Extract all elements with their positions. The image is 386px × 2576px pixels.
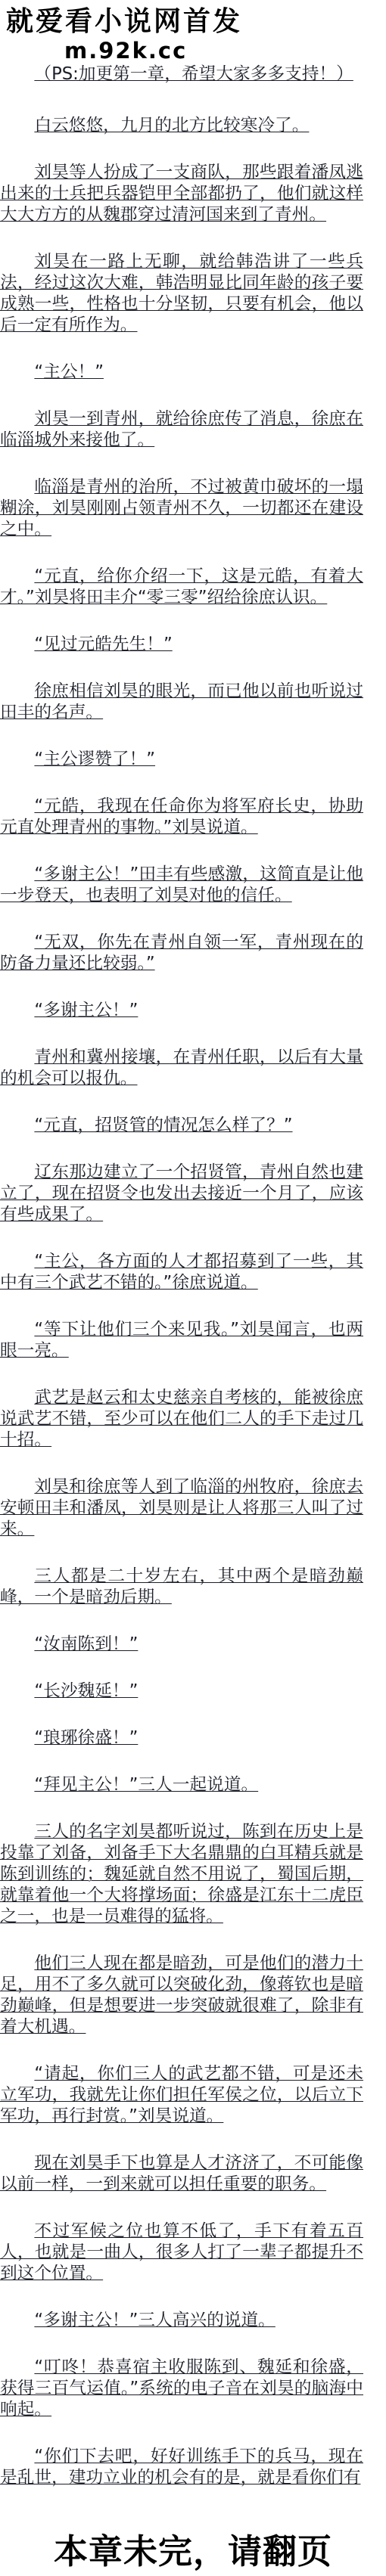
page-header: 就爱看小说网首发 m.92k.cc （PS:加更第一章，希望大家多多支持！） [0, 0, 386, 85]
novel-paragraph: 现在刘昊手下也算是人才济济了，不可能像以前一样，一到来就可以担任重要的职务。 [0, 2152, 363, 2195]
chapter-body: 白云悠悠，九月的北方比较寒冷了。刘昊等人扮成了一支商队，那些跟着潘凤逃出来的士兵… [0, 115, 386, 2567]
novel-paragraph: 刘昊等人扮成了一支商队，那些跟着潘凤逃出来的士兵把兵器铠甲全部都扔了，他们就这样… [0, 162, 363, 225]
novel-paragraph: 徐庶相信刘昊的眼光，而已他以前也听说过田丰的名声。 [0, 681, 363, 723]
novel-paragraph: “元直，给你介绍一下，这是元皓，有着大才。”刘昊将田丰介“零三零”绍给徐庶认识。 [0, 566, 363, 608]
site-title: 就爱看小说网首发 [6, 5, 386, 38]
novel-paragraph: “主公！” [0, 362, 363, 383]
novel-paragraph: 白云悠悠，九月的北方比较寒冷了。 [0, 115, 363, 136]
novel-paragraph: 三人都是二十岁左右，其中两个是暗劲巅峰，一个是暗劲后期。 [0, 1566, 363, 1608]
page-footer[interactable]: 本章未完，请翻页 [0, 2529, 386, 2576]
novel-paragraph: 辽东那边建立了一个招贤管，青州自然也建立了，现在招贤令也发出去接近一个月了，应该… [0, 1162, 363, 1225]
novel-paragraph: “主公，各方面的人才都招募到了一些，其中有三个武艺不错的。”徐庶说道。 [0, 1251, 363, 1293]
novel-paragraph: 青州和冀州接壤，在青州任职，以后有大量的机会可以报仇。 [0, 1047, 363, 1089]
novel-paragraph: “琅琊徐盛！” [0, 1727, 363, 1749]
novel-paragraph: 武艺是赵云和太史慈亲自考核的，能被徐庶说武艺不错，至少可以在他们二人的手下走过几… [0, 1387, 363, 1451]
novel-paragraph: “等下让他们三个来见我。”刘昊闻言，也两眼一亮。 [0, 1319, 363, 1361]
novel-paragraph: “汝南陈到！” [0, 1634, 363, 1655]
novel-paragraph: 不过军候之位也算不低了，手下有着五百人，也就是一曲人，很多人打了一辈子都提升不到… [0, 2221, 363, 2284]
novel-paragraph: 三人的名字刘昊都听说过，陈到在历史上是投靠了刘备，刘备手下大名鼎鼎的白耳精兵就是… [0, 1821, 363, 1927]
novel-paragraph: “多谢主公！”田丰有些感激，这简直是让他一步登天，也表明了刘昊对他的信任。 [0, 864, 363, 906]
novel-paragraph: 刘昊一到青州，就给徐庶传了消息，徐庶在临淄城外来接他了。 [0, 408, 363, 451]
novel-paragraph: “元直，招贤管的情况怎么样了？” [0, 1115, 363, 1136]
next-page-notice[interactable]: 本章未完，请翻页 [54, 2531, 332, 2571]
novel-paragraph: “你们下去吧，好好训练手下的兵马，现在是乱世，建功立业的机会有的是，就是看你们有 [0, 2446, 363, 2488]
site-domain: m.92k.cc [64, 39, 386, 62]
novel-paragraph: 刘昊在一路上无聊，就给韩浩讲了一些兵法，经过这次大难，韩浩明显比同年龄的孩子要成… [0, 251, 363, 336]
novel-paragraph: 刘昊和徐庶等人到了临淄的州牧府，徐庶去安顿田丰和潘凤，刘昊则是让人将那三人叫了过… [0, 1476, 363, 1540]
novel-paragraph: “请起，你们三人的武艺都不错，可是还未立军功，我就先让你们担任军侯之位，以后立下… [0, 2063, 363, 2127]
novel-paragraph: “长沙魏延！” [0, 1681, 363, 1702]
novel-paragraph: “多谢主公！” [0, 1000, 363, 1021]
novel-paragraph: “拜见主公！”三人一起说道。 [0, 1774, 363, 1795]
novel-paragraph: 临淄是青州的治所，不过被黄巾破坏的一塌糊涂，刘昊刚刚占领青州不久，一切都还在建设… [0, 476, 363, 540]
novel-paragraph: 他们三人现在都是暗劲，可是他们的潜力十足，用不了多久就可以突破化劲，像蒋钦也是暗… [0, 1953, 363, 2038]
novel-paragraph: “叮咚！恭喜宿主收服陈到、魏延和徐盛，获得三百气运值。”系统的电子音在刘昊的脑海… [0, 2357, 363, 2420]
novel-paragraph: “见过元皓先生！” [0, 634, 363, 655]
novel-paragraph: “无双，你先在青州自领一军，青州现在的防备力量还比较弱。” [0, 932, 363, 974]
author-ps-note: （PS:加更第一章，希望大家多多支持！） [0, 64, 363, 85]
novel-paragraph: “多谢主公！”三人高兴的说道。 [0, 2310, 363, 2331]
novel-paragraph: “主公谬赞了！” [0, 749, 363, 770]
novel-page: 就爱看小说网首发 m.92k.cc （PS:加更第一章，希望大家多多支持！） 白… [0, 0, 386, 2576]
novel-paragraph: “元皓，我现在任命你为将军府长史，协助元直处理青州的事物。”刘昊说道。 [0, 796, 363, 838]
